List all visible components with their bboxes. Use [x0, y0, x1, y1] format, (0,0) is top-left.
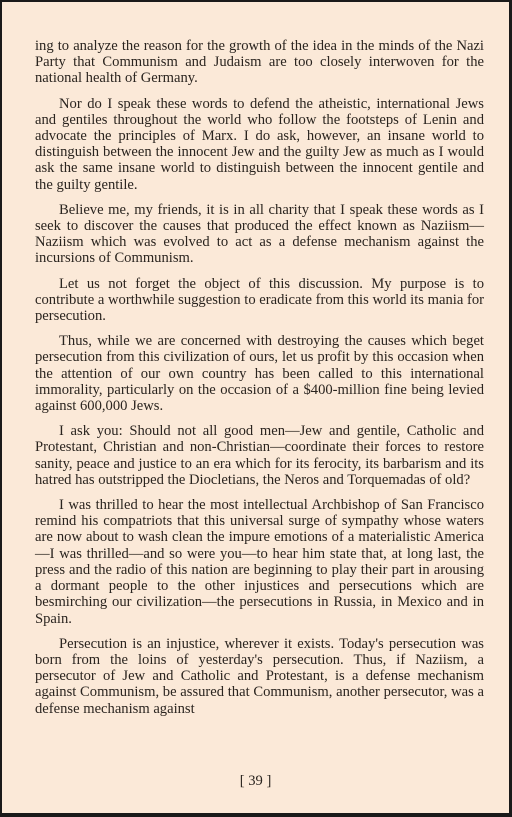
document-page: ing to analyze the reason for the growth… — [2, 2, 509, 813]
paragraph: Persecution is an injustice, wherever it… — [35, 636, 484, 717]
paragraph: Believe me, my friends, it is in all cha… — [35, 202, 484, 267]
paragraph: I was thrilled to hear the most intellec… — [35, 497, 484, 627]
paragraph: I ask you: Should not all good men—Jew a… — [35, 423, 484, 488]
page-number: [ 39 ] — [2, 773, 509, 790]
body-text: ing to analyze the reason for the growth… — [35, 38, 484, 726]
paragraph: Thus, while we are concerned with destro… — [35, 333, 484, 414]
paragraph: Let us not forget the object of this dis… — [35, 276, 484, 325]
paragraph-continued: ing to analyze the reason for the growth… — [35, 38, 484, 87]
paragraph: Nor do I speak these words to defend the… — [35, 96, 484, 193]
